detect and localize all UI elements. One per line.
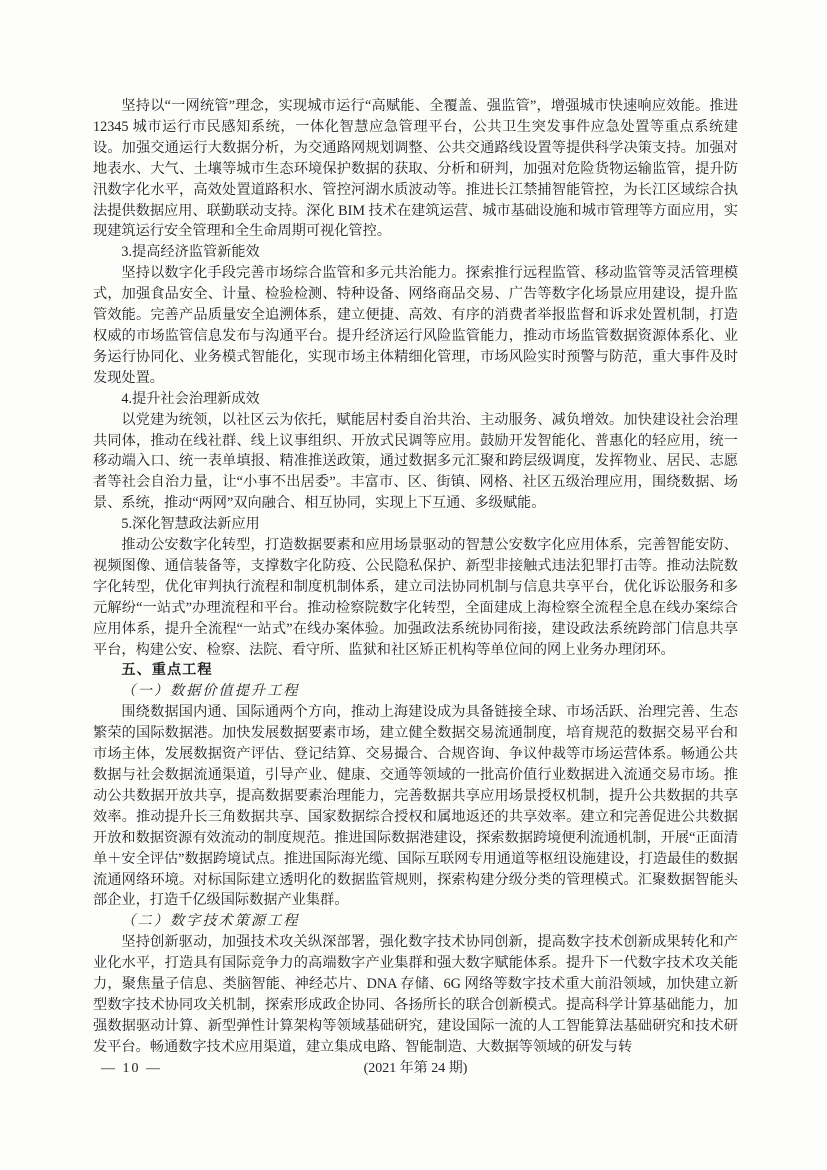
paragraph-data-value-project: 围绕数据国内通、国际通两个方向，推动上海建设成为具备链接全球、市场活跃、治理完善… [93, 702, 738, 911]
document-body: 坚持以“一网统管”理念，实现城市运行“高赋能、全覆盖、强监管”，增强城市快速响应… [93, 96, 738, 1062]
paragraph-urban-operation: 坚持以“一网统管”理念，实现城市运行“高赋能、全覆盖、强监管”，增强城市快速响应… [93, 96, 738, 242]
subheading-digital-tech-project: （二）数字技术策源工程 [93, 911, 738, 932]
heading-social-governance: 4.提升社会治理新成效 [93, 389, 738, 410]
heading-key-projects: 五、重点工程 [93, 660, 738, 681]
heading-smart-justice: 5.深化智慧政法新应用 [93, 514, 738, 535]
page-footer: — 10 — (2021 年第 24 期) [93, 1058, 738, 1080]
paragraph-digital-tech-project: 坚持创新驱动，加强技术攻关纵深部署，强化数字技术协同创新，提高数字技术创新成果转… [93, 932, 738, 1057]
issue-label: (2021 年第 24 期) [364, 1058, 468, 1080]
paragraph-smart-justice: 推动公安数字化转型，打造数据要素和应用场景驱动的智慧公安数字化应用体系，完善智能… [93, 535, 738, 660]
paragraph-social-governance: 以党建为统领，以社区云为依托，赋能居村委自治共治、主动服务、减负增效。加快建设社… [93, 410, 738, 515]
subheading-data-value-project: （一）数据价值提升工程 [93, 681, 738, 702]
paragraph-economic-regulation: 坚持以数字化手段完善市场综合监管和多元共治能力。探索推行远程监管、移动监管等灵活… [93, 263, 738, 388]
page-number: — 10 — [101, 1058, 162, 1080]
heading-economic-regulation: 3.提高经济监管新能效 [93, 242, 738, 263]
document-page: 坚持以“一网统管”理念，实现城市运行“高赋能、全覆盖、强监管”，增强城市快速响应… [0, 0, 827, 1170]
